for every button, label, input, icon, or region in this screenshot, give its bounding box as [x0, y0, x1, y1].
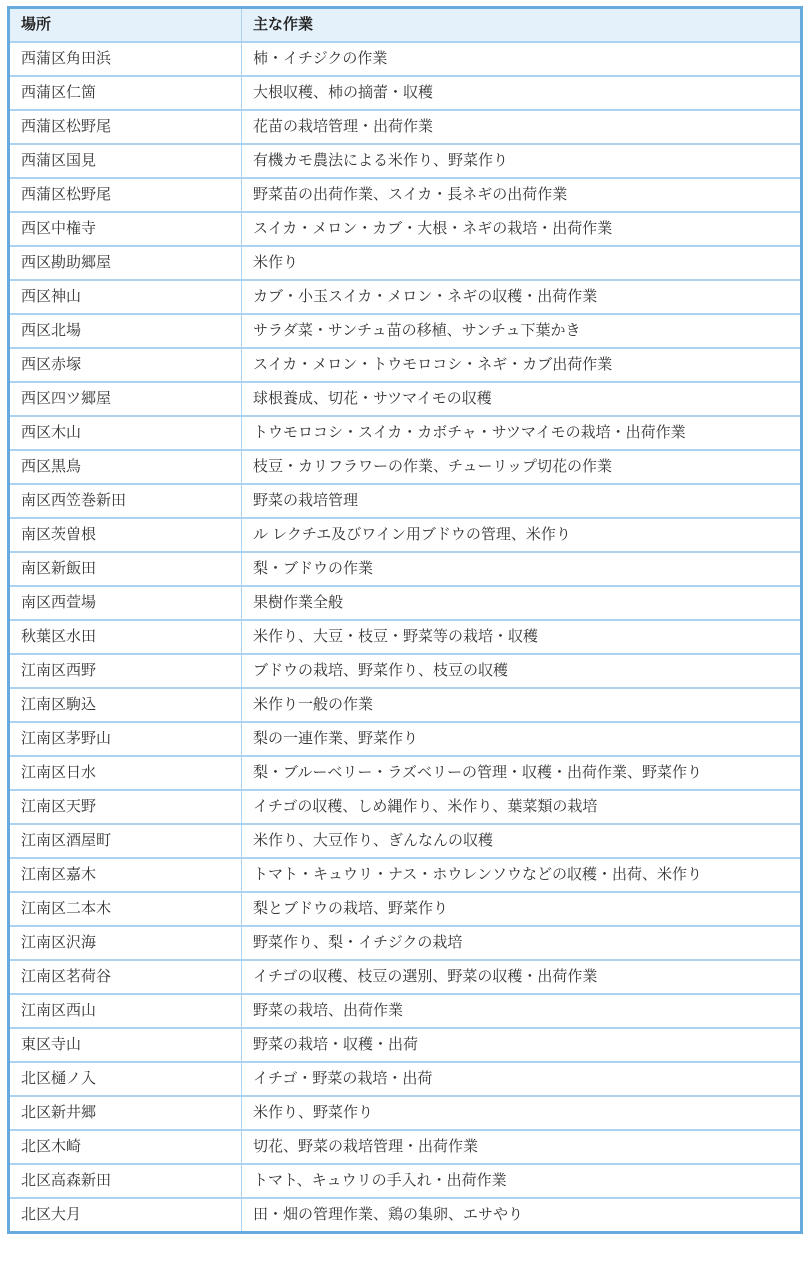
location-cell: 西区黒鳥 [9, 450, 242, 484]
work-cell: 米作り [242, 246, 802, 280]
location-cell: 南区新飯田 [9, 552, 242, 586]
location-cell: 東区寺山 [9, 1028, 242, 1062]
work-cell: 米作り、野菜作り [242, 1096, 802, 1130]
work-cell: スイカ・メロン・トウモロコシ・ネギ・カブ出荷作業 [242, 348, 802, 382]
table-row: 西蒲区角田浜柿・イチジクの作業 [9, 42, 802, 76]
table-row: 南区茨曽根ル レクチエ及びワイン用ブドウの管理、米作り [9, 518, 802, 552]
table-header: 場所 主な作業 [9, 8, 802, 43]
table-row: 西区黒鳥枝豆・カリフラワーの作業、チューリップ切花の作業 [9, 450, 802, 484]
table-row: 西区勘助郷屋米作り [9, 246, 802, 280]
work-cell: スイカ・メロン・カブ・大根・ネギの栽培・出荷作業 [242, 212, 802, 246]
work-cell: 果樹作業全般 [242, 586, 802, 620]
location-cell: 西区四ツ郷屋 [9, 382, 242, 416]
table-row: 南区西萱場果樹作業全般 [9, 586, 802, 620]
table-row: 西区赤塚スイカ・メロン・トウモロコシ・ネギ・カブ出荷作業 [9, 348, 802, 382]
work-cell: 田・畑の管理作業、鶏の集卵、エサやり [242, 1198, 802, 1233]
work-cell: ル レクチエ及びワイン用ブドウの管理、米作り [242, 518, 802, 552]
farm-work-table: 場所 主な作業 西蒲区角田浜柿・イチジクの作業西蒲区仁箇大根収穫、柿の摘蕾・収穫… [7, 6, 803, 1234]
location-cell: 西区北場 [9, 314, 242, 348]
table-row: 江南区西山野菜の栽培、出荷作業 [9, 994, 802, 1028]
location-cell: 西蒲区松野尾 [9, 110, 242, 144]
table-row: 江南区酒屋町米作り、大豆作り、ぎんなんの収穫 [9, 824, 802, 858]
work-cell: 米作り、大豆作り、ぎんなんの収穫 [242, 824, 802, 858]
work-cell: 有機カモ農法による米作り、野菜作り [242, 144, 802, 178]
work-cell: 梨の一連作業、野菜作り [242, 722, 802, 756]
work-cell: 野菜作り、梨・イチジクの栽培 [242, 926, 802, 960]
location-cell: 江南区沢海 [9, 926, 242, 960]
work-cell: 米作り一般の作業 [242, 688, 802, 722]
work-cell: 野菜の栽培・収穫・出荷 [242, 1028, 802, 1062]
work-cell: トウモロコシ・スイカ・カボチャ・サツマイモの栽培・出荷作業 [242, 416, 802, 450]
table-row: 南区西笠巻新田野菜の栽培管理 [9, 484, 802, 518]
location-cell: 江南区酒屋町 [9, 824, 242, 858]
table-row: 江南区駒込米作り一般の作業 [9, 688, 802, 722]
work-cell: トマト、キュウリの手入れ・出荷作業 [242, 1164, 802, 1198]
location-cell: 西区神山 [9, 280, 242, 314]
table-row: 江南区沢海野菜作り、梨・イチジクの栽培 [9, 926, 802, 960]
table-row: 西区神山カブ・小玉スイカ・メロン・ネギの収穫・出荷作業 [9, 280, 802, 314]
location-cell: 江南区駒込 [9, 688, 242, 722]
work-cell: イチゴ・野菜の栽培・出荷 [242, 1062, 802, 1096]
table-row: 西区四ツ郷屋球根養成、切花・サツマイモの収穫 [9, 382, 802, 416]
location-cell: 西区中権寺 [9, 212, 242, 246]
location-cell: 北区木崎 [9, 1130, 242, 1164]
location-cell: 南区茨曽根 [9, 518, 242, 552]
work-cell: 切花、野菜の栽培管理・出荷作業 [242, 1130, 802, 1164]
location-cell: 江南区日水 [9, 756, 242, 790]
table-row: 西蒲区松野尾花苗の栽培管理・出荷作業 [9, 110, 802, 144]
location-cell: 江南区嘉木 [9, 858, 242, 892]
location-cell: 江南区茅野山 [9, 722, 242, 756]
table-row: 西区北場サラダ菜・サンチュ苗の移植、サンチュ下葉かき [9, 314, 802, 348]
work-cell: 枝豆・カリフラワーの作業、チューリップ切花の作業 [242, 450, 802, 484]
work-cell: 梨・ブルーベリー・ラズベリーの管理・収穫・出荷作業、野菜作り [242, 756, 802, 790]
work-cell: ブドウの栽培、野菜作り、枝豆の収穫 [242, 654, 802, 688]
location-cell: 江南区茗荷谷 [9, 960, 242, 994]
location-cell: 江南区二本木 [9, 892, 242, 926]
table-row: 北区大月田・畑の管理作業、鶏の集卵、エサやり [9, 1198, 802, 1233]
table-row: 北区新井郷米作り、野菜作り [9, 1096, 802, 1130]
table-row: 江南区茗荷谷イチゴの収穫、枝豆の選別、野菜の収穫・出荷作業 [9, 960, 802, 994]
location-cell: 西区勘助郷屋 [9, 246, 242, 280]
table-row: 江南区嘉木トマト・キュウリ・ナス・ホウレンソウなどの収穫・出荷、米作り [9, 858, 802, 892]
column-header-location: 場所 [9, 8, 242, 43]
table-row: 秋葉区水田米作り、大豆・枝豆・野菜等の栽培・収穫 [9, 620, 802, 654]
location-cell: 南区西萱場 [9, 586, 242, 620]
table-row: 西蒲区仁箇大根収穫、柿の摘蕾・収穫 [9, 76, 802, 110]
table-row: 北区木崎切花、野菜の栽培管理・出荷作業 [9, 1130, 802, 1164]
location-cell: 西区木山 [9, 416, 242, 450]
table-row: 江南区西野ブドウの栽培、野菜作り、枝豆の収穫 [9, 654, 802, 688]
work-cell: 梨・ブドウの作業 [242, 552, 802, 586]
work-cell: 花苗の栽培管理・出荷作業 [242, 110, 802, 144]
table-row: 江南区二本木梨とブドウの栽培、野菜作り [9, 892, 802, 926]
location-cell: 秋葉区水田 [9, 620, 242, 654]
column-header-work: 主な作業 [242, 8, 802, 43]
table-row: 江南区日水梨・ブルーベリー・ラズベリーの管理・収穫・出荷作業、野菜作り [9, 756, 802, 790]
table-body: 西蒲区角田浜柿・イチジクの作業西蒲区仁箇大根収穫、柿の摘蕾・収穫西蒲区松野尾花苗… [9, 42, 802, 1233]
table-row: 西区木山トウモロコシ・スイカ・カボチャ・サツマイモの栽培・出荷作業 [9, 416, 802, 450]
work-cell: 大根収穫、柿の摘蕾・収穫 [242, 76, 802, 110]
location-cell: 北区樋ノ入 [9, 1062, 242, 1096]
location-cell: 江南区西山 [9, 994, 242, 1028]
location-cell: 江南区天野 [9, 790, 242, 824]
location-cell: 北区高森新田 [9, 1164, 242, 1198]
work-cell: 梨とブドウの栽培、野菜作り [242, 892, 802, 926]
work-cell: イチゴの収穫、枝豆の選別、野菜の収穫・出荷作業 [242, 960, 802, 994]
location-cell: 北区新井郷 [9, 1096, 242, 1130]
location-cell: 西蒲区角田浜 [9, 42, 242, 76]
table-row: 南区新飯田梨・ブドウの作業 [9, 552, 802, 586]
work-cell: 野菜苗の出荷作業、スイカ・長ネギの出荷作業 [242, 178, 802, 212]
work-cell: 野菜の栽培、出荷作業 [242, 994, 802, 1028]
table-row: 北区樋ノ入イチゴ・野菜の栽培・出荷 [9, 1062, 802, 1096]
location-cell: 江南区西野 [9, 654, 242, 688]
header-row: 場所 主な作業 [9, 8, 802, 43]
table-row: 東区寺山野菜の栽培・収穫・出荷 [9, 1028, 802, 1062]
table-row: 北区高森新田トマト、キュウリの手入れ・出荷作業 [9, 1164, 802, 1198]
work-cell: トマト・キュウリ・ナス・ホウレンソウなどの収穫・出荷、米作り [242, 858, 802, 892]
location-cell: 西蒲区松野尾 [9, 178, 242, 212]
table-row: 江南区茅野山梨の一連作業、野菜作り [9, 722, 802, 756]
table-row: 西区中権寺スイカ・メロン・カブ・大根・ネギの栽培・出荷作業 [9, 212, 802, 246]
table-row: 西蒲区松野尾野菜苗の出荷作業、スイカ・長ネギの出荷作業 [9, 178, 802, 212]
table-row: 江南区天野イチゴの収穫、しめ縄作り、米作り、葉菜類の栽培 [9, 790, 802, 824]
location-cell: 北区大月 [9, 1198, 242, 1233]
work-cell: カブ・小玉スイカ・メロン・ネギの収穫・出荷作業 [242, 280, 802, 314]
work-cell: 柿・イチジクの作業 [242, 42, 802, 76]
location-cell: 西蒲区国見 [9, 144, 242, 178]
table-row: 西蒲区国見有機カモ農法による米作り、野菜作り [9, 144, 802, 178]
work-cell: 球根養成、切花・サツマイモの収穫 [242, 382, 802, 416]
work-cell: 米作り、大豆・枝豆・野菜等の栽培・収穫 [242, 620, 802, 654]
work-cell: サラダ菜・サンチュ苗の移植、サンチュ下葉かき [242, 314, 802, 348]
page: 場所 主な作業 西蒲区角田浜柿・イチジクの作業西蒲区仁箇大根収穫、柿の摘蕾・収穫… [0, 0, 810, 1280]
location-cell: 西蒲区仁箇 [9, 76, 242, 110]
work-cell: 野菜の栽培管理 [242, 484, 802, 518]
work-cell: イチゴの収穫、しめ縄作り、米作り、葉菜類の栽培 [242, 790, 802, 824]
location-cell: 西区赤塚 [9, 348, 242, 382]
location-cell: 南区西笠巻新田 [9, 484, 242, 518]
